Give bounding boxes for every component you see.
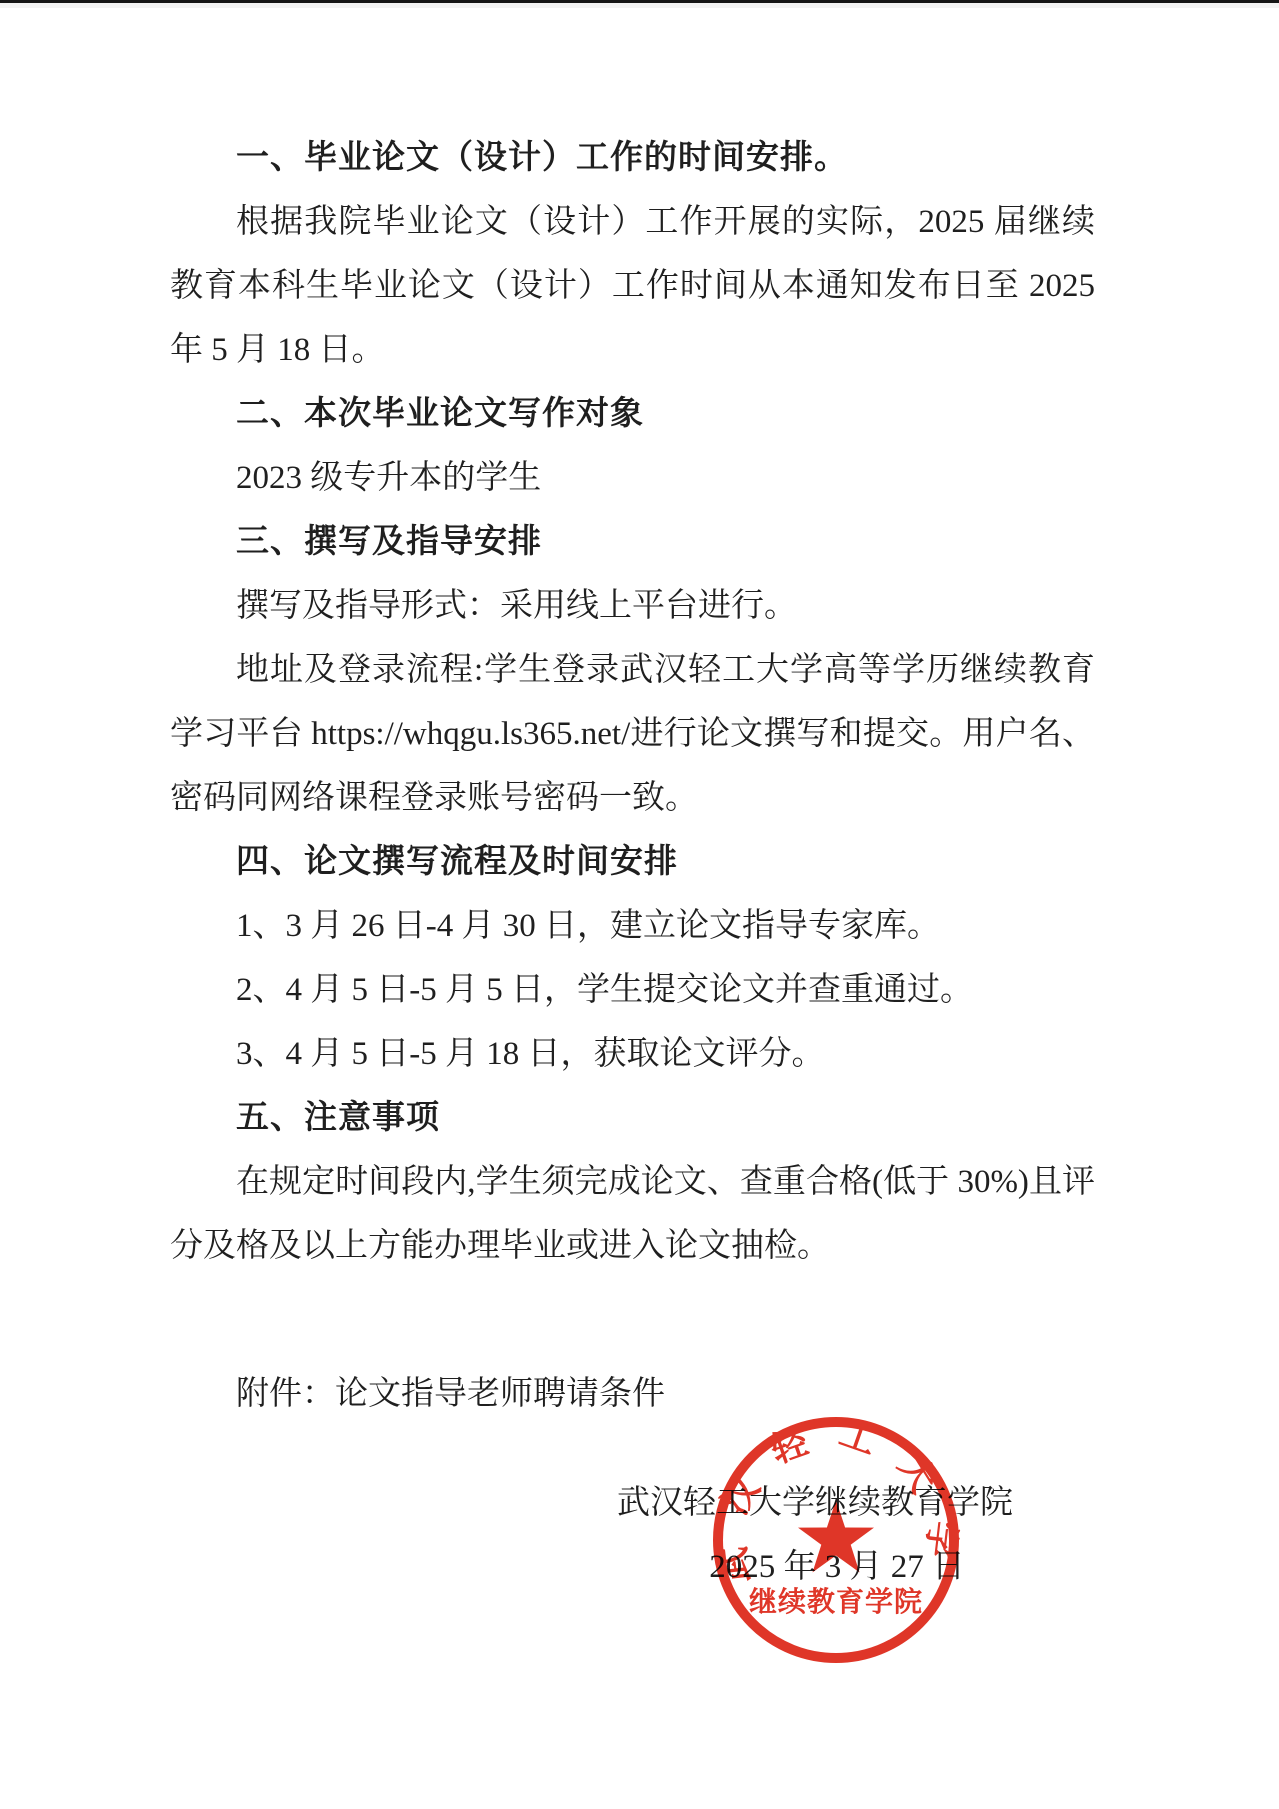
doc-paragraph-notes: 在规定时间段内,学生须完成论文、查重合格(低于 30%)且评分及格及以上方能办理… [170, 1150, 1095, 1278]
page: { "page": { "background": "#ffffff", "sc… [0, 0, 1279, 1809]
notice-document: 一、毕业论文（设计）工作的时间安排。 根据我院毕业论文（设计）工作开展的实际，2… [0, 0, 1279, 1599]
doc-heading-5: 五、注意事项 [170, 1086, 1095, 1150]
doc-paragraph-time-range: 根据我院毕业论文（设计）工作开展的实际，2025 届继续教育本科生毕业论文（设计… [170, 190, 1095, 382]
doc-list-item-2: 2、4 月 5 日-5 月 5 日，学生提交论文并查重通过。 [170, 958, 1095, 1022]
signature-date: 2025 年 3 月 27 日 [170, 1535, 1095, 1599]
doc-heading-1: 一、毕业论文（设计）工作的时间安排。 [170, 126, 1095, 190]
doc-heading-3: 三、撰写及指导安排 [170, 510, 1095, 574]
doc-heading-2: 二、本次毕业论文写作对象 [170, 382, 1095, 446]
doc-list-item-1: 1、3 月 26 日-4 月 30 日，建立论文指导专家库。 [170, 894, 1095, 958]
doc-list-item-3: 3、4 月 5 日-5 月 18 日，获取论文评分。 [170, 1022, 1095, 1086]
attachment-line: 附件：论文指导老师聘请条件 [170, 1362, 1095, 1426]
doc-paragraph-target-students: 2023 级专升本的学生 [170, 446, 1095, 510]
doc-paragraph-platform-url: 地址及登录流程:学生登录武汉轻工大学高等学历继续教育学习平台 https://w… [170, 638, 1095, 830]
signature-org: 武汉轻工大学继续教育学院 [170, 1471, 1095, 1535]
doc-heading-4: 四、论文撰写流程及时间安排 [170, 830, 1095, 894]
doc-paragraph-writing-form: 撰写及指导形式：采用线上平台进行。 [170, 574, 1095, 638]
